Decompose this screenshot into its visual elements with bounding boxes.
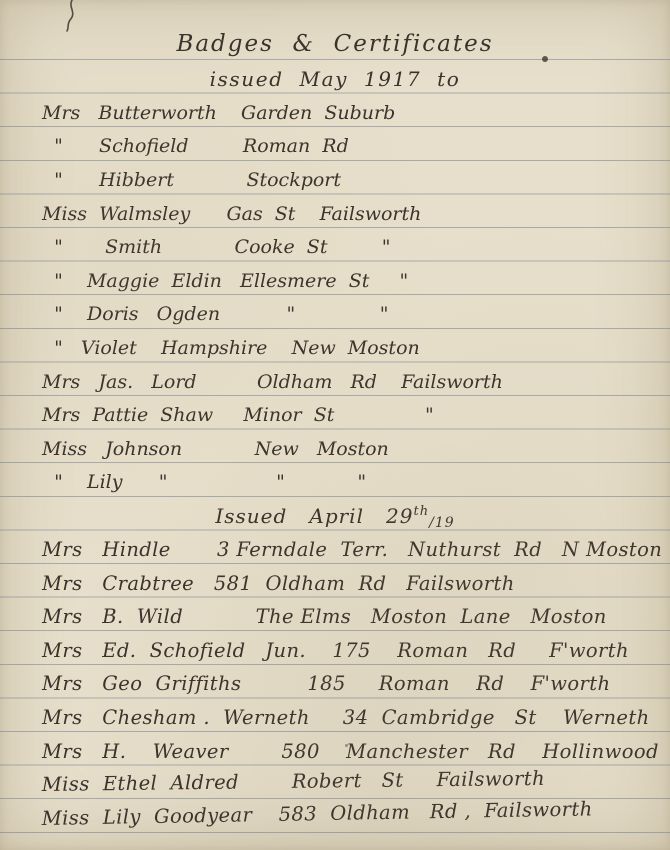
handwritten-content: Badges & Certificates issued May 1917 to…	[0, 26, 670, 832]
entry-line: Mrs Jas. Lord Oldham Rd Failsworth	[0, 362, 670, 396]
section-heading-april: Issued April 29th/19	[0, 496, 670, 530]
year-fraction: /19	[429, 516, 455, 530]
entry-line: " Violet Hampshire New Moston	[0, 328, 670, 362]
entry-line: Mrs Chesham . Werneth 34 Cambridge St We…	[0, 698, 670, 732]
entry-line: Mrs Geo Griffiths 185 Roman Rd F'worth	[0, 664, 670, 698]
ledger-page: Badges & Certificates issued May 1917 to…	[0, 0, 670, 850]
entry-line: Mrs B. Wild The Elms Moston Lane Moston	[0, 597, 670, 631]
entry-line: " Lily " " "	[0, 463, 670, 497]
entry-line: Mrs Hindle 3 Ferndale Terr. Nuthurst Rd …	[0, 530, 670, 564]
entry-line: Miss Johnson New Moston	[0, 429, 670, 463]
entry-line: Mrs Ed. Schofield Jun. 175 Roman Rd F'wo…	[0, 631, 670, 665]
entry-line: Miss Walmsley Gas St Failsworth	[0, 194, 670, 228]
entry-line: " Maggie Eldin Ellesmere St "	[0, 261, 670, 295]
entry-line: " Hibbert Stockport	[0, 160, 670, 194]
entry-line: " Smith Cooke St "	[0, 228, 670, 262]
entry-line: Mrs Crabtree 581 Oldham Rd Failsworth	[0, 564, 670, 598]
entry-line: " Doris Ogden " "	[0, 295, 670, 329]
entry-line: " Schofield Roman Rd	[0, 127, 670, 161]
entry-line: Mrs Pattie Shaw Minor St "	[0, 396, 670, 430]
page-title: Badges & Certificates	[0, 26, 670, 60]
entry-line: Mrs Butterworth Garden Suburb	[0, 93, 670, 127]
page-subtitle: issued May 1917 to	[0, 60, 670, 94]
superscript-th: th	[414, 505, 430, 530]
